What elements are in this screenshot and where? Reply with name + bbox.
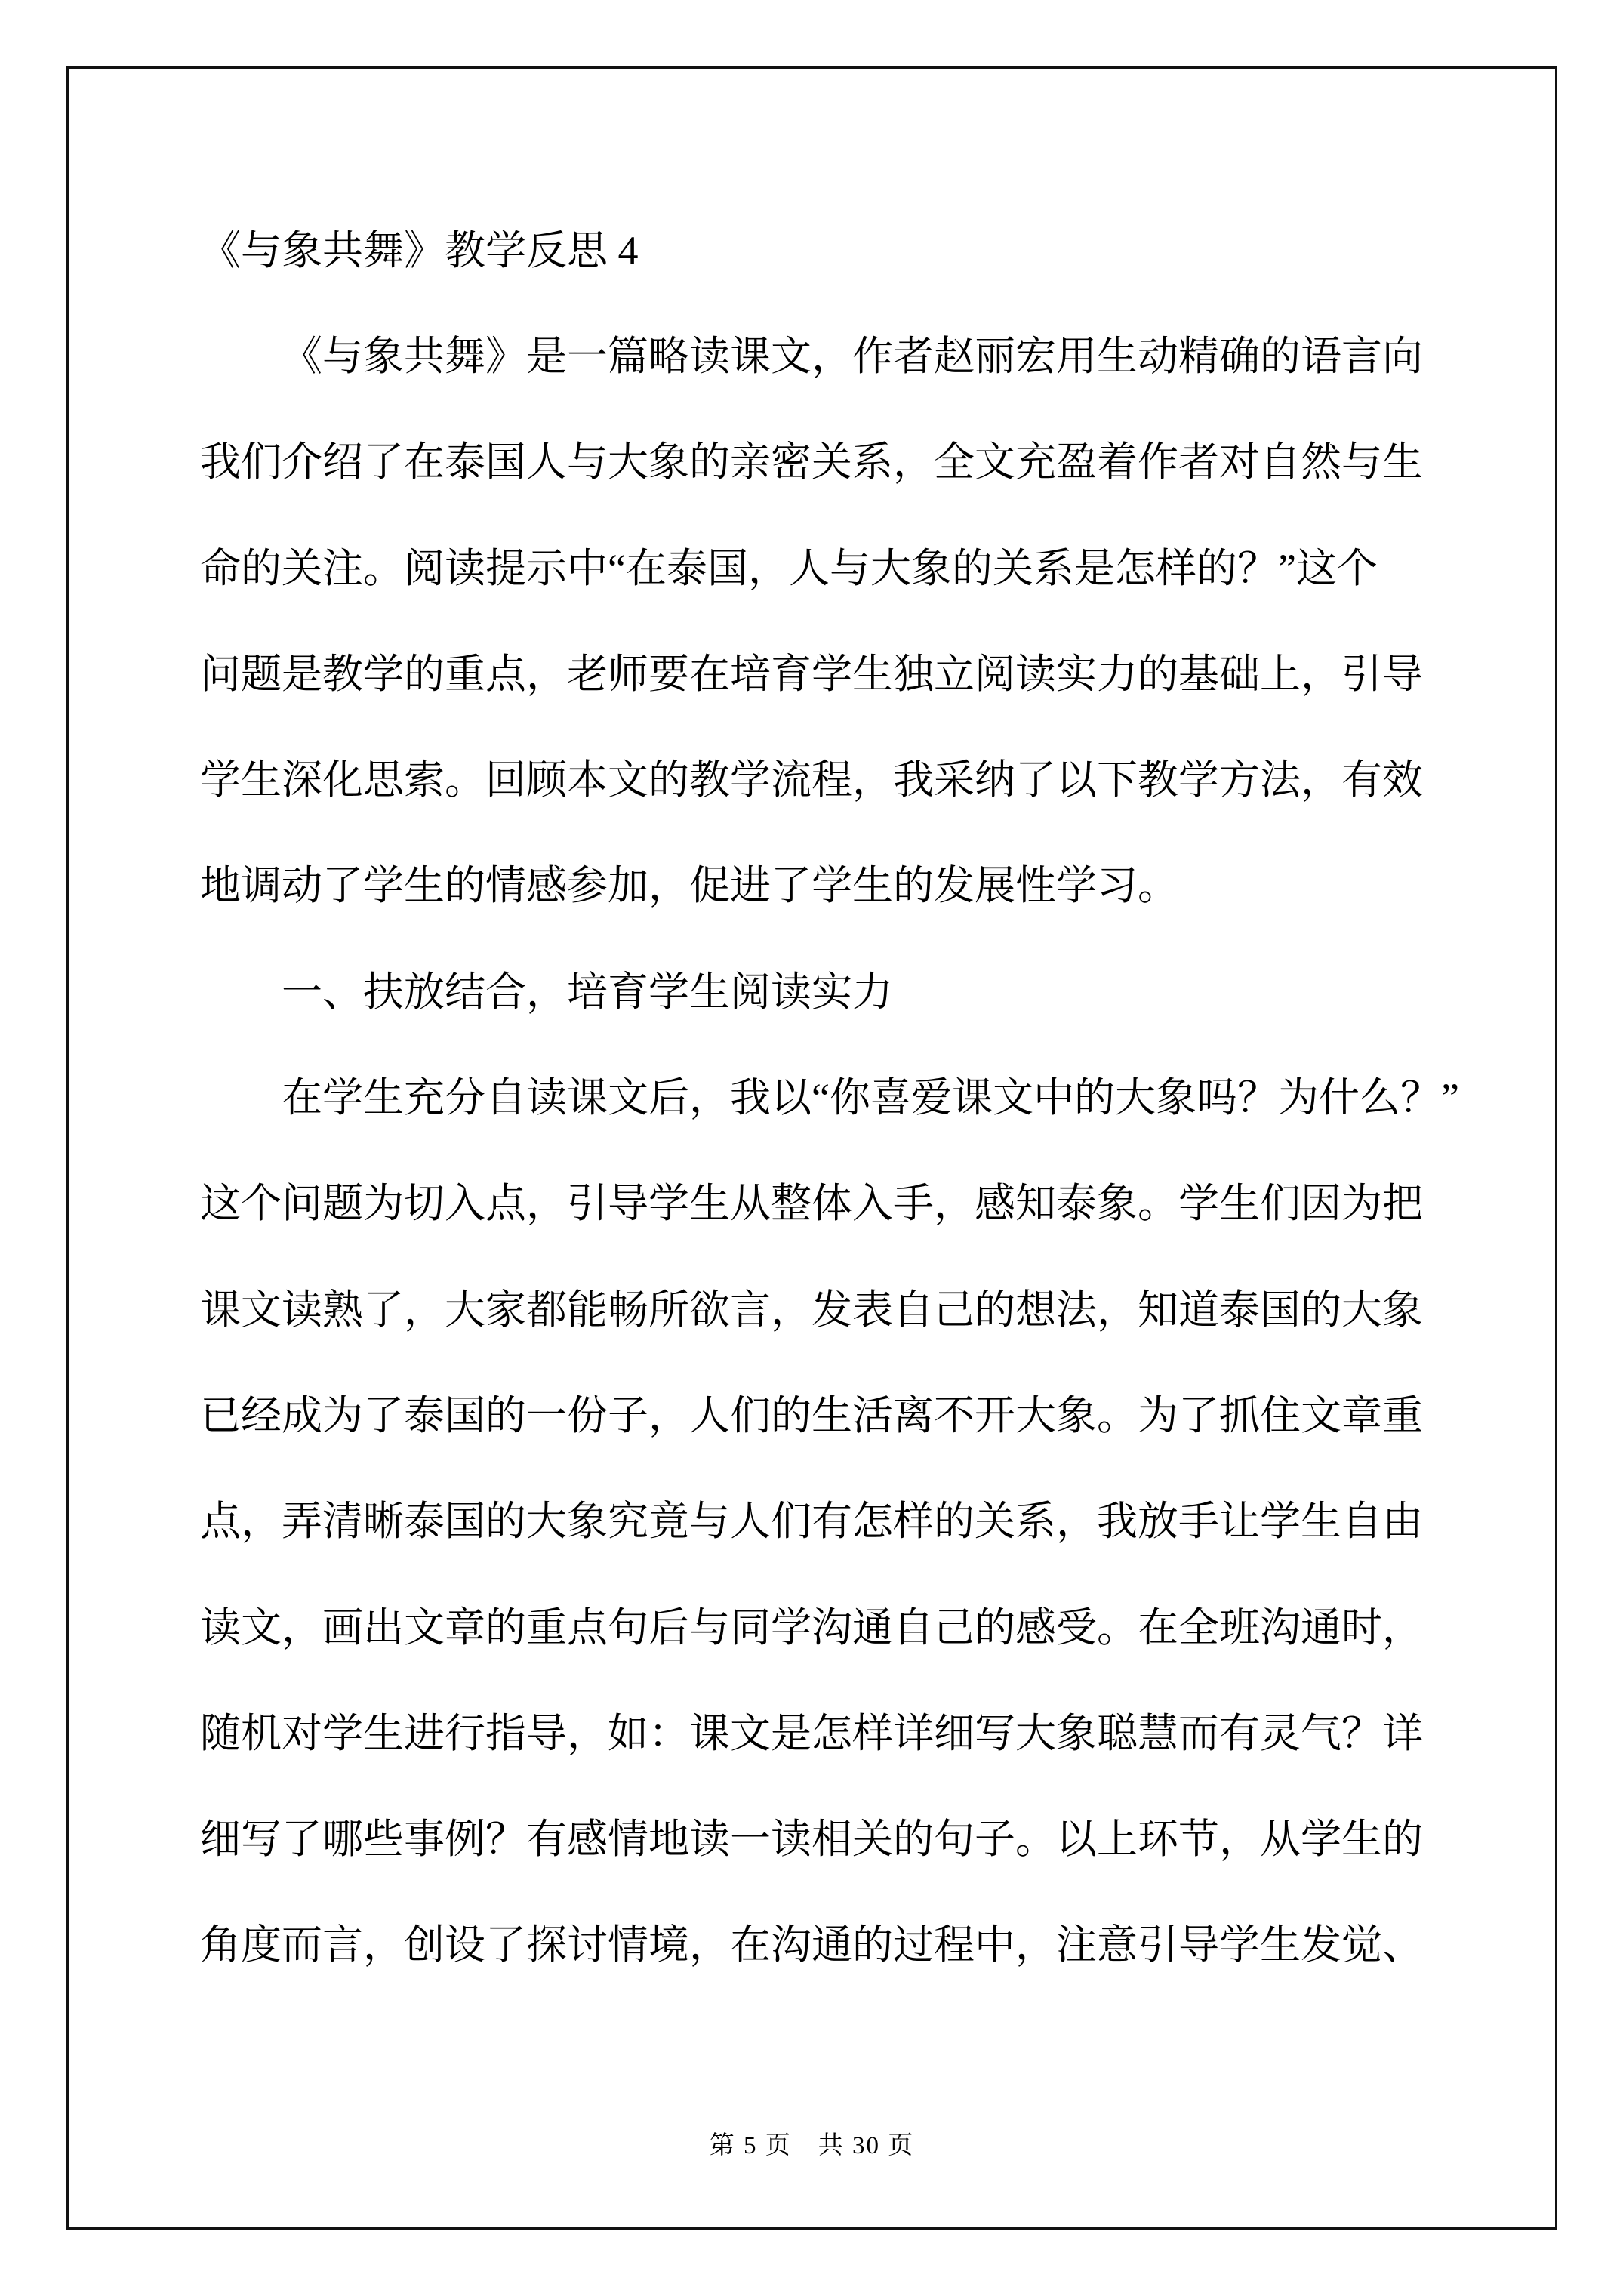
text-line: 在学生充分自读课文后，我以“你喜爱课文中的大象吗？为什么？”: [200, 1045, 1502, 1151]
text-line: 《与象共舞》是一篇略读课文，作者赵丽宏用生动精确的语言向: [200, 304, 1502, 409]
text-line: 已经成为了泰国的一份子，人们的生活离不开大象。为了抓住文章重: [200, 1363, 1502, 1469]
text-line: 问题是教学的重点，老师要在培育学生独立阅读实力的基础上，引导: [200, 621, 1502, 727]
text-line: 随机对学生进行指导，如：课文是怎样详细写大象聪慧而有灵气？详: [200, 1681, 1502, 1786]
text-line: 命的关注。阅读提示中“在泰国，人与大象的关系是怎样的？”这个: [200, 516, 1502, 621]
text-line: 一、扶放结合，培育学生阅读实力: [200, 939, 1502, 1045]
text-line: 这个问题为切入点，引导学生从整体入手，感知泰象。学生们因为把: [200, 1151, 1502, 1256]
text-line: 地调动了学生的情感参加，促进了学生的发展性学习。: [200, 833, 1502, 938]
text-line: 读文，画出文章的重点句后与同学沟通自己的感受。在全班沟通时，: [200, 1575, 1502, 1681]
document-page: { "document": { "title": "《与象共舞》教学反思 4",…: [0, 0, 1623, 2296]
text-line: 我们介绍了在泰国人与大象的亲密关系，全文充盈着作者对自然与生: [200, 409, 1502, 515]
page-number-footer: 第 5 页 共 30 页: [66, 2129, 1557, 2162]
document-title: 《与象共舞》教学反思 4: [200, 198, 1502, 304]
text-line: 细写了哪些事例？有感情地读一读相关的句子。以上环节，从学生的: [200, 1786, 1502, 1892]
text-line: 角度而言，创设了探讨情境，在沟通的过程中，注意引导学生发觉、: [200, 1892, 1502, 1998]
text-line: 学生深化思索。回顾本文的教学流程，我采纳了以下教学方法，有效: [200, 727, 1502, 833]
text-line: 课文读熟了，大家都能畅所欲言，发表自己的想法，知道泰国的大象: [200, 1257, 1502, 1363]
text-line: 点，弄清晰泰国的大象究竟与人们有怎样的关系，我放手让学生自由: [200, 1469, 1502, 1574]
document-body: 《与象共舞》是一篇略读课文，作者赵丽宏用生动精确的语言向 我们介绍了在泰国人与大…: [200, 304, 1502, 1999]
